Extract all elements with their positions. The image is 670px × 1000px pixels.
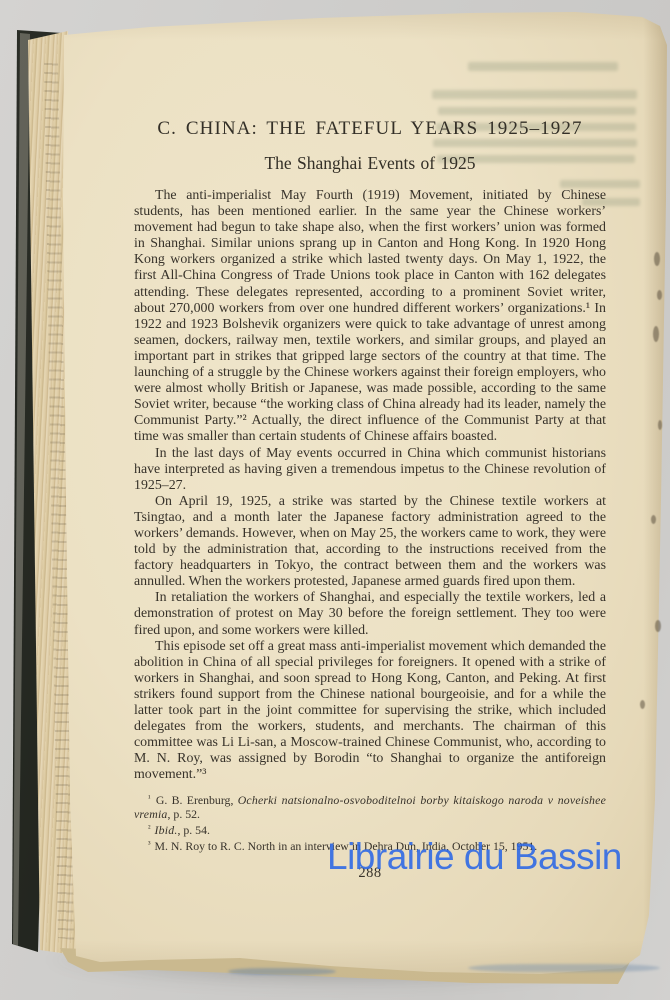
body-paragraph: In the last days of May events occurred … xyxy=(134,446,606,494)
footnote-marker: ¹ xyxy=(148,793,152,803)
foxing-spot xyxy=(658,420,662,430)
footnote: ¹ G. B. Erenburg, Ocherki natsionalno-os… xyxy=(134,792,606,822)
bookseller-watermark: Librairie du Bassin xyxy=(327,836,667,878)
show-through-text xyxy=(432,90,637,99)
footnote-marker: ³ xyxy=(148,839,152,849)
footnote-marker: ² xyxy=(148,823,152,833)
printed-page-content: C. CHINA: THE FATEFUL YEARS 1925–1927 Th… xyxy=(134,118,606,882)
bottom-edge-smudge xyxy=(228,968,336,975)
body-paragraph: In retaliation the workers of Shanghai, … xyxy=(134,590,606,638)
section-subheading: The Shanghai Events of 1925 xyxy=(134,153,606,174)
chapter-heading: C. CHINA: THE FATEFUL YEARS 1925–1927 xyxy=(134,118,606,140)
show-through-text xyxy=(438,107,636,115)
foxing-spot xyxy=(654,252,660,266)
body-paragraph: This episode set off a great mass anti-i… xyxy=(134,639,606,784)
body-paragraph: The anti-imperialist May Fourth (1919) M… xyxy=(134,188,606,446)
foxing-spot xyxy=(657,290,662,300)
foxing-spot xyxy=(653,326,659,342)
show-through-text xyxy=(468,62,618,71)
body-text: The anti-imperialist May Fourth (1919) M… xyxy=(134,188,606,783)
foxing-spot xyxy=(655,620,661,632)
foxing-spot xyxy=(640,700,645,709)
bottom-edge-smudge xyxy=(468,964,660,972)
foxing-spot xyxy=(651,515,656,524)
book-photo: { "page": { "heading": "C. CHINA: THE FA… xyxy=(0,0,670,1000)
body-paragraph: On April 19, 1925, a strike was started … xyxy=(134,494,606,591)
